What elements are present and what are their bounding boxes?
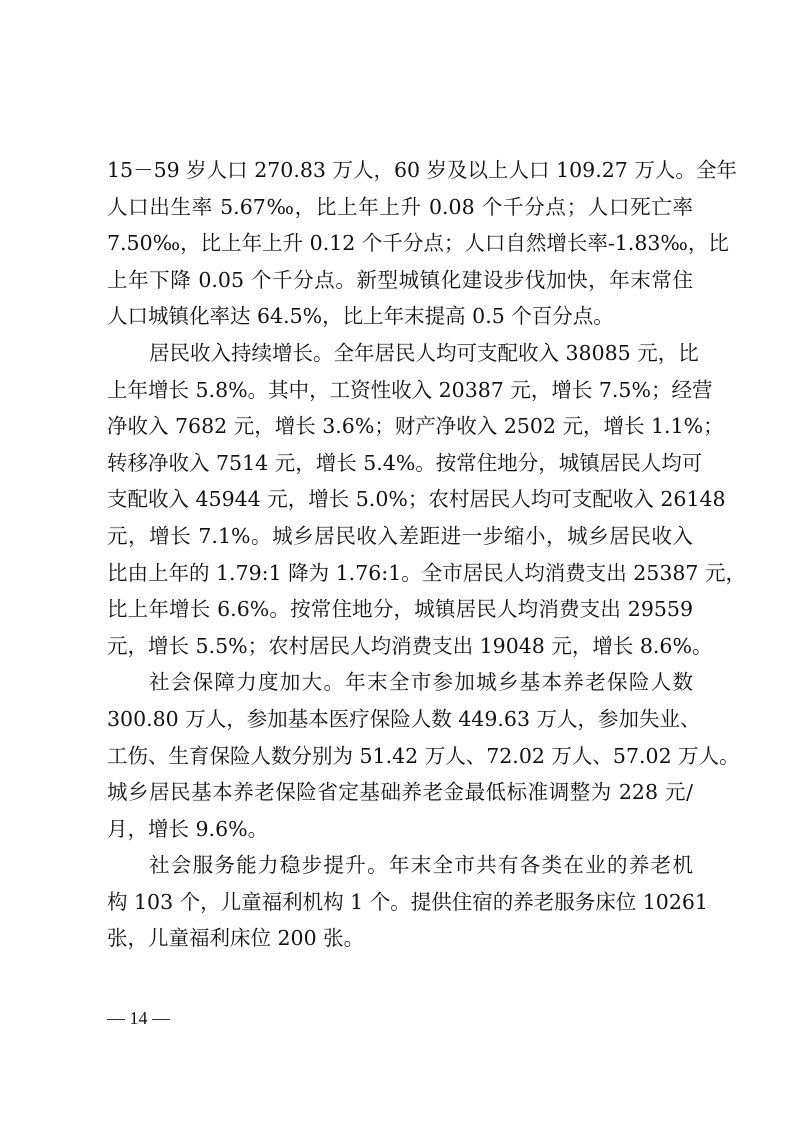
paragraph-social-security: 社会保障力度加大。年末全市参加城乡基本养老保险人数 300.80 万人，参加基本… [107, 664, 693, 847]
text-line: 比上年增长 6.6%。按常住地分，城镇居民人均消费支出 29559 [107, 591, 693, 628]
text-line: 300.80 万人，参加基本医疗保险人数 449.63 万人，参加失业、 [107, 701, 693, 738]
text-line: 构 103 个，儿童福利机构 1 个。提供住宿的养老服务床位 10261 [107, 884, 693, 921]
text-line: 工伤、生育保险人数分别为 51.42 万人、72.02 万人、57.02 万人。 [107, 738, 693, 775]
text-line: 社会保障力度加大。年末全市参加城乡基本养老保险人数 [107, 664, 693, 701]
paragraph-income: 居民收入持续增长。全年居民人均可支配收入 38085 元，比 上年增长 5.8%… [107, 335, 693, 664]
text-line: 上年增长 5.8%。其中，工资性收入 20387 元，增长 7.5%；经营 [107, 372, 693, 409]
paragraph-social-services: 社会服务能力稳步提升。年末全市共有各类在业的养老机 构 103 个，儿童福利机构… [107, 847, 693, 957]
document-body: 15－59 岁人口 270.83 万人，60 岁及以上人口 109.27 万人。… [107, 152, 693, 957]
text-line: 净收入 7682 元，增长 3.6%；财产净收入 2502 元，增长 1.1%； [107, 408, 693, 445]
text-line: 元，增长 5.5%；农村居民人均消费支出 19048 元，增长 8.6%。 [107, 628, 693, 665]
text-line: 月，增长 9.6%。 [107, 811, 693, 848]
text-line: 15－59 岁人口 270.83 万人，60 岁及以上人口 109.27 万人。… [107, 152, 693, 189]
text-line: 居民收入持续增长。全年居民人均可支配收入 38085 元，比 [107, 335, 693, 372]
text-line: 上年下降 0.05 个千分点。新型城镇化建设步伐加快，年末常住 [107, 262, 693, 299]
paragraph-population: 15－59 岁人口 270.83 万人，60 岁及以上人口 109.27 万人。… [107, 152, 693, 335]
text-line: 7.50‰，比上年上升 0.12 个千分点；人口自然增长率-1.83‰，比 [107, 225, 693, 262]
text-line: 比由上年的 1.79:1 降为 1.76:1。全市居民人均消费支出 25387 … [107, 555, 693, 592]
page-number: — 14 — [107, 1008, 170, 1029]
text-line: 社会服务能力稳步提升。年末全市共有各类在业的养老机 [107, 847, 693, 884]
text-line: 人口出生率 5.67‰，比上年上升 0.08 个千分点；人口死亡率 [107, 189, 693, 226]
text-line: 人口城镇化率达 64.5%，比上年末提高 0.5 个百分点。 [107, 298, 693, 335]
text-line: 转移净收入 7514 元，增长 5.4%。按常住地分，城镇居民人均可 [107, 445, 693, 482]
text-line: 城乡居民基本养老保险省定基础养老金最低标准调整为 228 元/ [107, 774, 693, 811]
text-line: 元，增长 7.1%。城乡居民收入差距进一步缩小，城乡居民收入 [107, 518, 693, 555]
text-line: 支配收入 45944 元，增长 5.0%；农村居民人均可支配收入 26148 [107, 481, 693, 518]
text-line: 张，儿童福利床位 200 张。 [107, 920, 693, 957]
